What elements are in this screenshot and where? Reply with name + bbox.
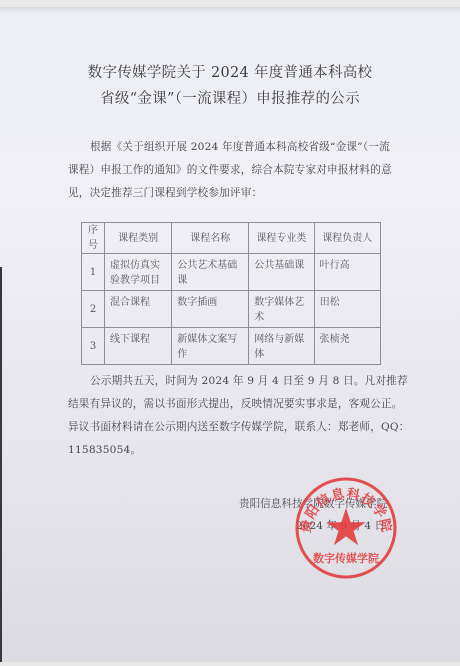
cell-major: 公共基础课 bbox=[249, 254, 314, 291]
cell-major: 网络与新媒体 bbox=[249, 328, 314, 365]
header-num-line-1: 序 bbox=[84, 223, 102, 238]
document-title: 数字传媒学院关于 2024 年度普通本科高校 省级“金课”（一流课程）申报推荐的… bbox=[0, 60, 460, 112]
paper-edge-shadow bbox=[0, 267, 2, 662]
header-course-name: 课程名称 bbox=[172, 223, 249, 254]
cell-owner: 叶行高 bbox=[314, 254, 380, 291]
notice-line-3: 异议书面材料请在公示期内送至数字传媒学院，联系人：郑老师，QQ： bbox=[68, 416, 394, 439]
table-row: 1 虚拟仿真实验教学项目 公共艺术基础课 公共基础课 叶行高 bbox=[82, 254, 381, 291]
cell-owner: 张桢尧 bbox=[314, 328, 380, 365]
table-header-row: 序 号 课程类别 课程名称 课程专业类 课程负责人 bbox=[82, 223, 381, 254]
seal-bottom-text: 数字传媒学院 bbox=[313, 551, 379, 565]
cell-category: 线下课程 bbox=[105, 328, 172, 365]
intro-line-2: 课程）申报工作的通知》的文件要求，综合本院专家对申报材料的意 bbox=[68, 159, 394, 182]
table-row: 2 混合课程 数字插画 数字媒体艺术 田松 bbox=[82, 291, 381, 328]
seal-star-icon bbox=[326, 508, 365, 545]
intro-paragraph: 根据《关于组织开展 2024 年度普通本科高校省级“金课”（一流 课程）申报工作… bbox=[68, 136, 394, 205]
cell-num: 2 bbox=[82, 291, 105, 328]
header-num: 序 号 bbox=[82, 223, 105, 254]
cell-num: 3 bbox=[82, 328, 105, 365]
cell-major: 数字媒体艺术 bbox=[249, 291, 314, 328]
notice-line-4: 115835054。 bbox=[68, 439, 394, 462]
cell-course-name: 公共艺术基础课 bbox=[172, 254, 249, 291]
notice-paragraph: 公示期共五天，时间为 2024 年 9 月 4 日至 9 月 8 日。凡对推荐 … bbox=[68, 370, 394, 462]
photo-bottom-band bbox=[0, 662, 460, 666]
notice-line-1: 公示期共五天，时间为 2024 年 9 月 4 日至 9 月 8 日。凡对推荐 bbox=[68, 370, 394, 393]
header-major: 课程专业类 bbox=[249, 223, 314, 254]
cell-num: 1 bbox=[82, 254, 105, 291]
cell-category: 虚拟仿真实验教学项目 bbox=[105, 254, 172, 291]
cell-owner: 田松 bbox=[314, 291, 380, 328]
photo-top-band bbox=[0, 0, 460, 7]
notice-line-2: 结果有异议的，需以书面形式提出，反映情况要实事求是，客观公正。 bbox=[68, 393, 394, 416]
header-owner: 课程负责人 bbox=[314, 223, 380, 254]
header-num-line-2: 号 bbox=[84, 238, 102, 253]
cell-course-name: 数字插画 bbox=[172, 291, 249, 328]
intro-line-3: 见，决定推荐三门课程到学校参加评审： bbox=[68, 182, 394, 205]
intro-line-1: 根据《关于组织开展 2024 年度普通本科高校省级“金课”（一流 bbox=[68, 136, 394, 159]
official-seal-icon: 贵阳信息科技学院 数字传媒学院 bbox=[294, 476, 398, 580]
title-line-2: 省级“金课”（一流课程）申报推荐的公示 bbox=[0, 86, 460, 112]
cell-course-name: 新媒体文案写作 bbox=[172, 328, 249, 365]
header-category: 课程类别 bbox=[105, 223, 172, 254]
cell-category: 混合课程 bbox=[105, 291, 172, 328]
title-line-1: 数字传媒学院关于 2024 年度普通本科高校 bbox=[0, 60, 460, 86]
table-row: 3 线下课程 新媒体文案写作 网络与新媒体 张桢尧 bbox=[82, 328, 381, 365]
recommended-courses-table: 序 号 课程类别 课程名称 课程专业类 课程负责人 1 虚拟仿真实验教学项目 公… bbox=[81, 222, 381, 365]
